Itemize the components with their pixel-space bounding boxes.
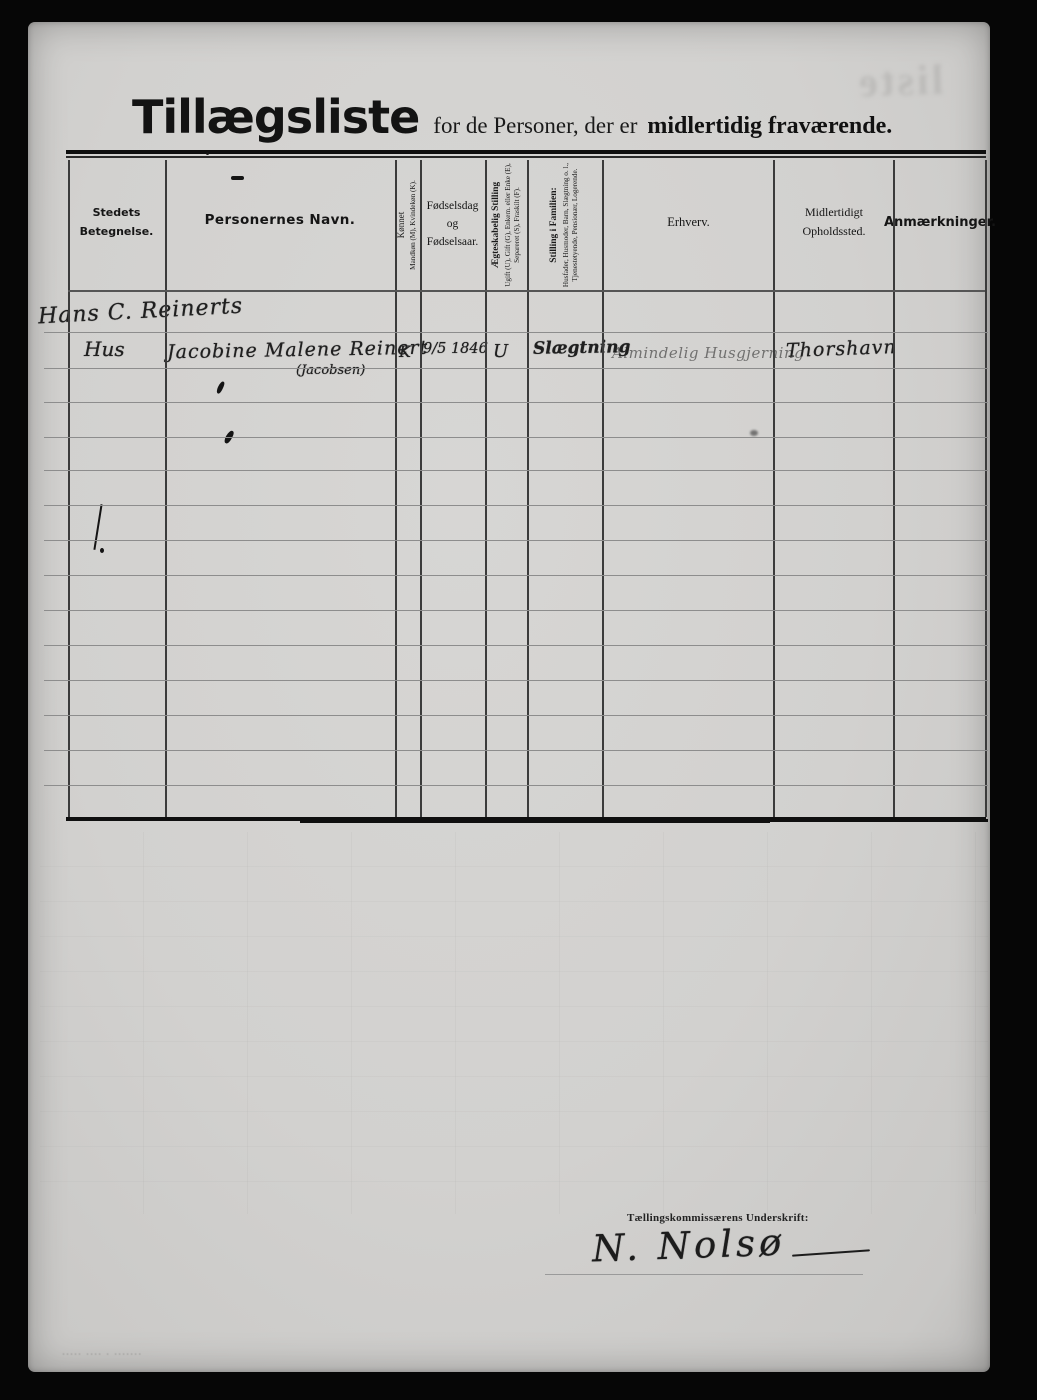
ink-smudge (750, 430, 758, 436)
table-column-line (985, 160, 987, 817)
table-row-line (44, 402, 988, 403)
col-header-opholdssted: Midlertidigt Opholdssted. (775, 200, 893, 244)
col-header-aegteskabelig-label: Ægteskabelig Stilling (490, 182, 502, 268)
table-row-line (44, 540, 988, 541)
col-header-konnet: Kønnet Mandkøn (M), Kvindekøn (K). (395, 160, 419, 290)
handwritten-navn: Jacobine Malene Reinert (167, 337, 429, 364)
col-header-aegteskabelig: Ægteskabelig Stilling Ugift (U), Gift (G… (485, 160, 527, 290)
col-header-stedets-betegnelse: Stedets Betegnelse. (70, 195, 163, 250)
table-row-line (44, 785, 988, 786)
col-header-personernes-navn: Personernes Navn. (167, 200, 393, 240)
printer-mark: ····· ···· · ······· (62, 1352, 142, 1358)
col-header-stilling-sub: Husfader, Husmoder, Barn, Slægtning o. l… (562, 161, 580, 289)
table-column-line (602, 160, 604, 817)
handwritten-fodselsdag: 9/5 1846 (423, 341, 488, 357)
table-column-line (420, 160, 422, 817)
col-header-stilling-label: Stilling i Familien: (548, 187, 560, 262)
handwritten-kon: K (399, 342, 411, 361)
table-row-line (44, 750, 988, 751)
col-header-stilling-familien: Stilling i Familien: Husfader, Husmoder,… (527, 161, 601, 289)
table-row-line (44, 610, 988, 611)
handwritten-aegteskab: U (493, 341, 508, 362)
header-bottom-line (68, 290, 985, 292)
ink-dot (100, 548, 104, 553)
table-row-line (44, 505, 988, 506)
table-row-line (44, 368, 988, 369)
col-header-konnet-label: Kønnet (396, 212, 408, 239)
printed-dash-mark (231, 176, 244, 180)
table-row-line (44, 680, 988, 681)
handwritten-navn-note: (Jacobsen) (296, 363, 365, 378)
table-column-line (893, 160, 895, 817)
handwritten-erhverv: Almindelig Husgjerning (612, 344, 804, 362)
title-rule-bottom (66, 156, 986, 158)
col-header-erhverv: Erhverv. (604, 210, 773, 234)
ink-speck (206, 152, 209, 155)
handwritten-opholdssted: Thorshavn (786, 336, 897, 362)
table-column-line (485, 160, 487, 817)
title-subtitle: for de Personer, der er (433, 113, 637, 138)
table-row-line (44, 575, 988, 576)
table-row-line (44, 332, 988, 333)
scanned-census-form: { "page": { "title_main": "Tillægsliste"… (0, 0, 1037, 1400)
table-row-line (44, 437, 988, 438)
commissioner-signature: N. Nolsø (591, 1221, 786, 1271)
col-header-konnet-sub: Mandkøn (M), Kvindekøn (K). (409, 180, 418, 270)
title-rule-top (66, 150, 986, 154)
table-column-line (68, 160, 70, 817)
table-row-line (44, 645, 988, 646)
table-column-line (773, 160, 775, 817)
table-bottom-rule-segment (700, 819, 988, 822)
table-column-line (527, 160, 529, 817)
title-main: Tillægsliste (132, 90, 419, 144)
handwritten-sted: Hus (84, 337, 125, 361)
table-column-line (165, 160, 167, 817)
table-column-line (395, 160, 397, 817)
signature-underline (545, 1274, 863, 1275)
col-header-aegteskabelig-sub: Ugift (U), Gift (G), Enkem. eller Enke (… (504, 160, 522, 290)
page-title: Tillægsliste for de Personer, der er mid… (132, 90, 962, 144)
col-header-anmaerkninger: Anmærkninger. (895, 210, 985, 234)
title-subtitle-bold: midlertidig fraværende. (647, 113, 892, 139)
bleedthrough-grid (40, 832, 988, 1214)
table-row-line (44, 715, 988, 716)
col-header-fodselsdag: Fødselsdag og Fødselsaar. (422, 190, 483, 260)
table-row-line (44, 470, 988, 471)
